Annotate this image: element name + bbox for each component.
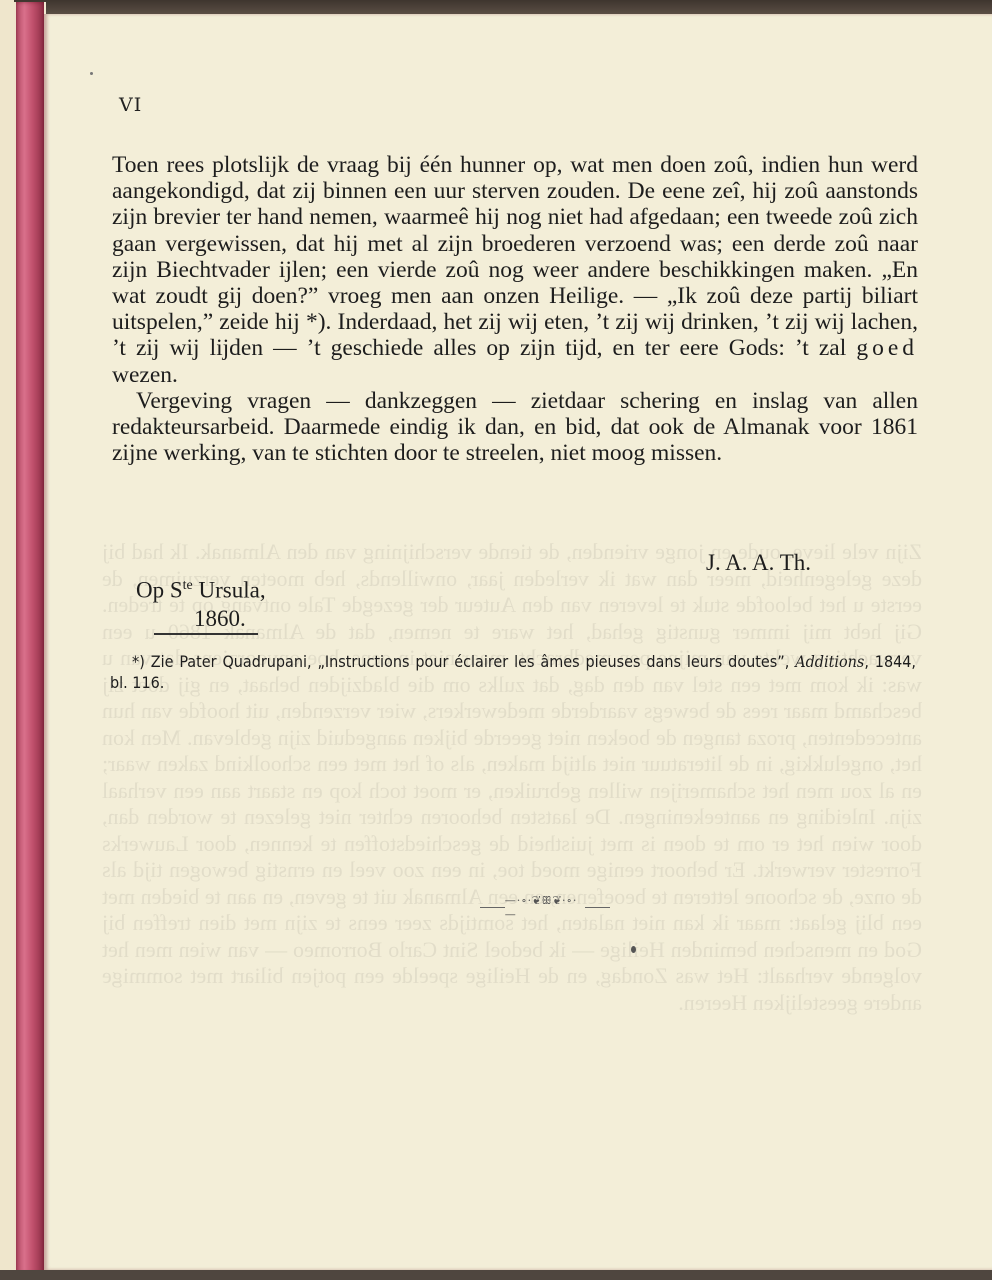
ink-spot (631, 946, 636, 953)
decorative-ornament-icon: —·∘·❦ꕥ❦·∘·— (480, 899, 610, 915)
paragraph-1-end: wezen. (112, 362, 178, 388)
spaced-emphasis: goed (856, 335, 918, 361)
body-text: Toen rees plotslijk de vraag bij één hun… (112, 152, 918, 466)
place-superscript: te (183, 578, 193, 593)
previous-page-edge (0, 0, 14, 1280)
book-cover-top-edge (0, 0, 992, 14)
dateline-year: 1860. (136, 605, 266, 633)
book-cover-bottom-edge (0, 1270, 992, 1280)
ornament-glyph: —·∘·❦ꕥ❦·∘·— (505, 894, 586, 921)
book-page: Zijn vele lieve, oude en jonge vrienden,… (44, 14, 992, 1270)
place-suffix: Ursula, (193, 578, 266, 603)
page-number: VI (119, 94, 142, 116)
footnote-text: *) Zie Pater Quadrupani, „Instructions p… (132, 652, 795, 671)
footnote: *) Zie Pater Quadrupani, „Instructions p… (110, 651, 916, 693)
paragraph-2: Vergeving vragen — dankzeggen — zietdaar… (112, 388, 918, 467)
dateline-place: Op Ste Ursula, (136, 572, 266, 605)
footnote-italic: Additions (795, 652, 864, 671)
paper-speck (90, 72, 93, 75)
author-signature: J. A. A. Th. (706, 550, 811, 576)
paragraph-1-text: Toen rees plotslijk de vraag bij één hun… (112, 152, 918, 361)
dateline: Op Ste Ursula, 1860. (136, 572, 266, 633)
ornament-line-right (585, 907, 610, 908)
paragraph-1: Toen rees plotslijk de vraag bij één hun… (112, 152, 918, 388)
ornament-line-left (480, 907, 505, 908)
place-prefix: Op S (136, 578, 183, 603)
footnote-rule (154, 633, 258, 635)
book-spine-red-edge (14, 2, 46, 1274)
